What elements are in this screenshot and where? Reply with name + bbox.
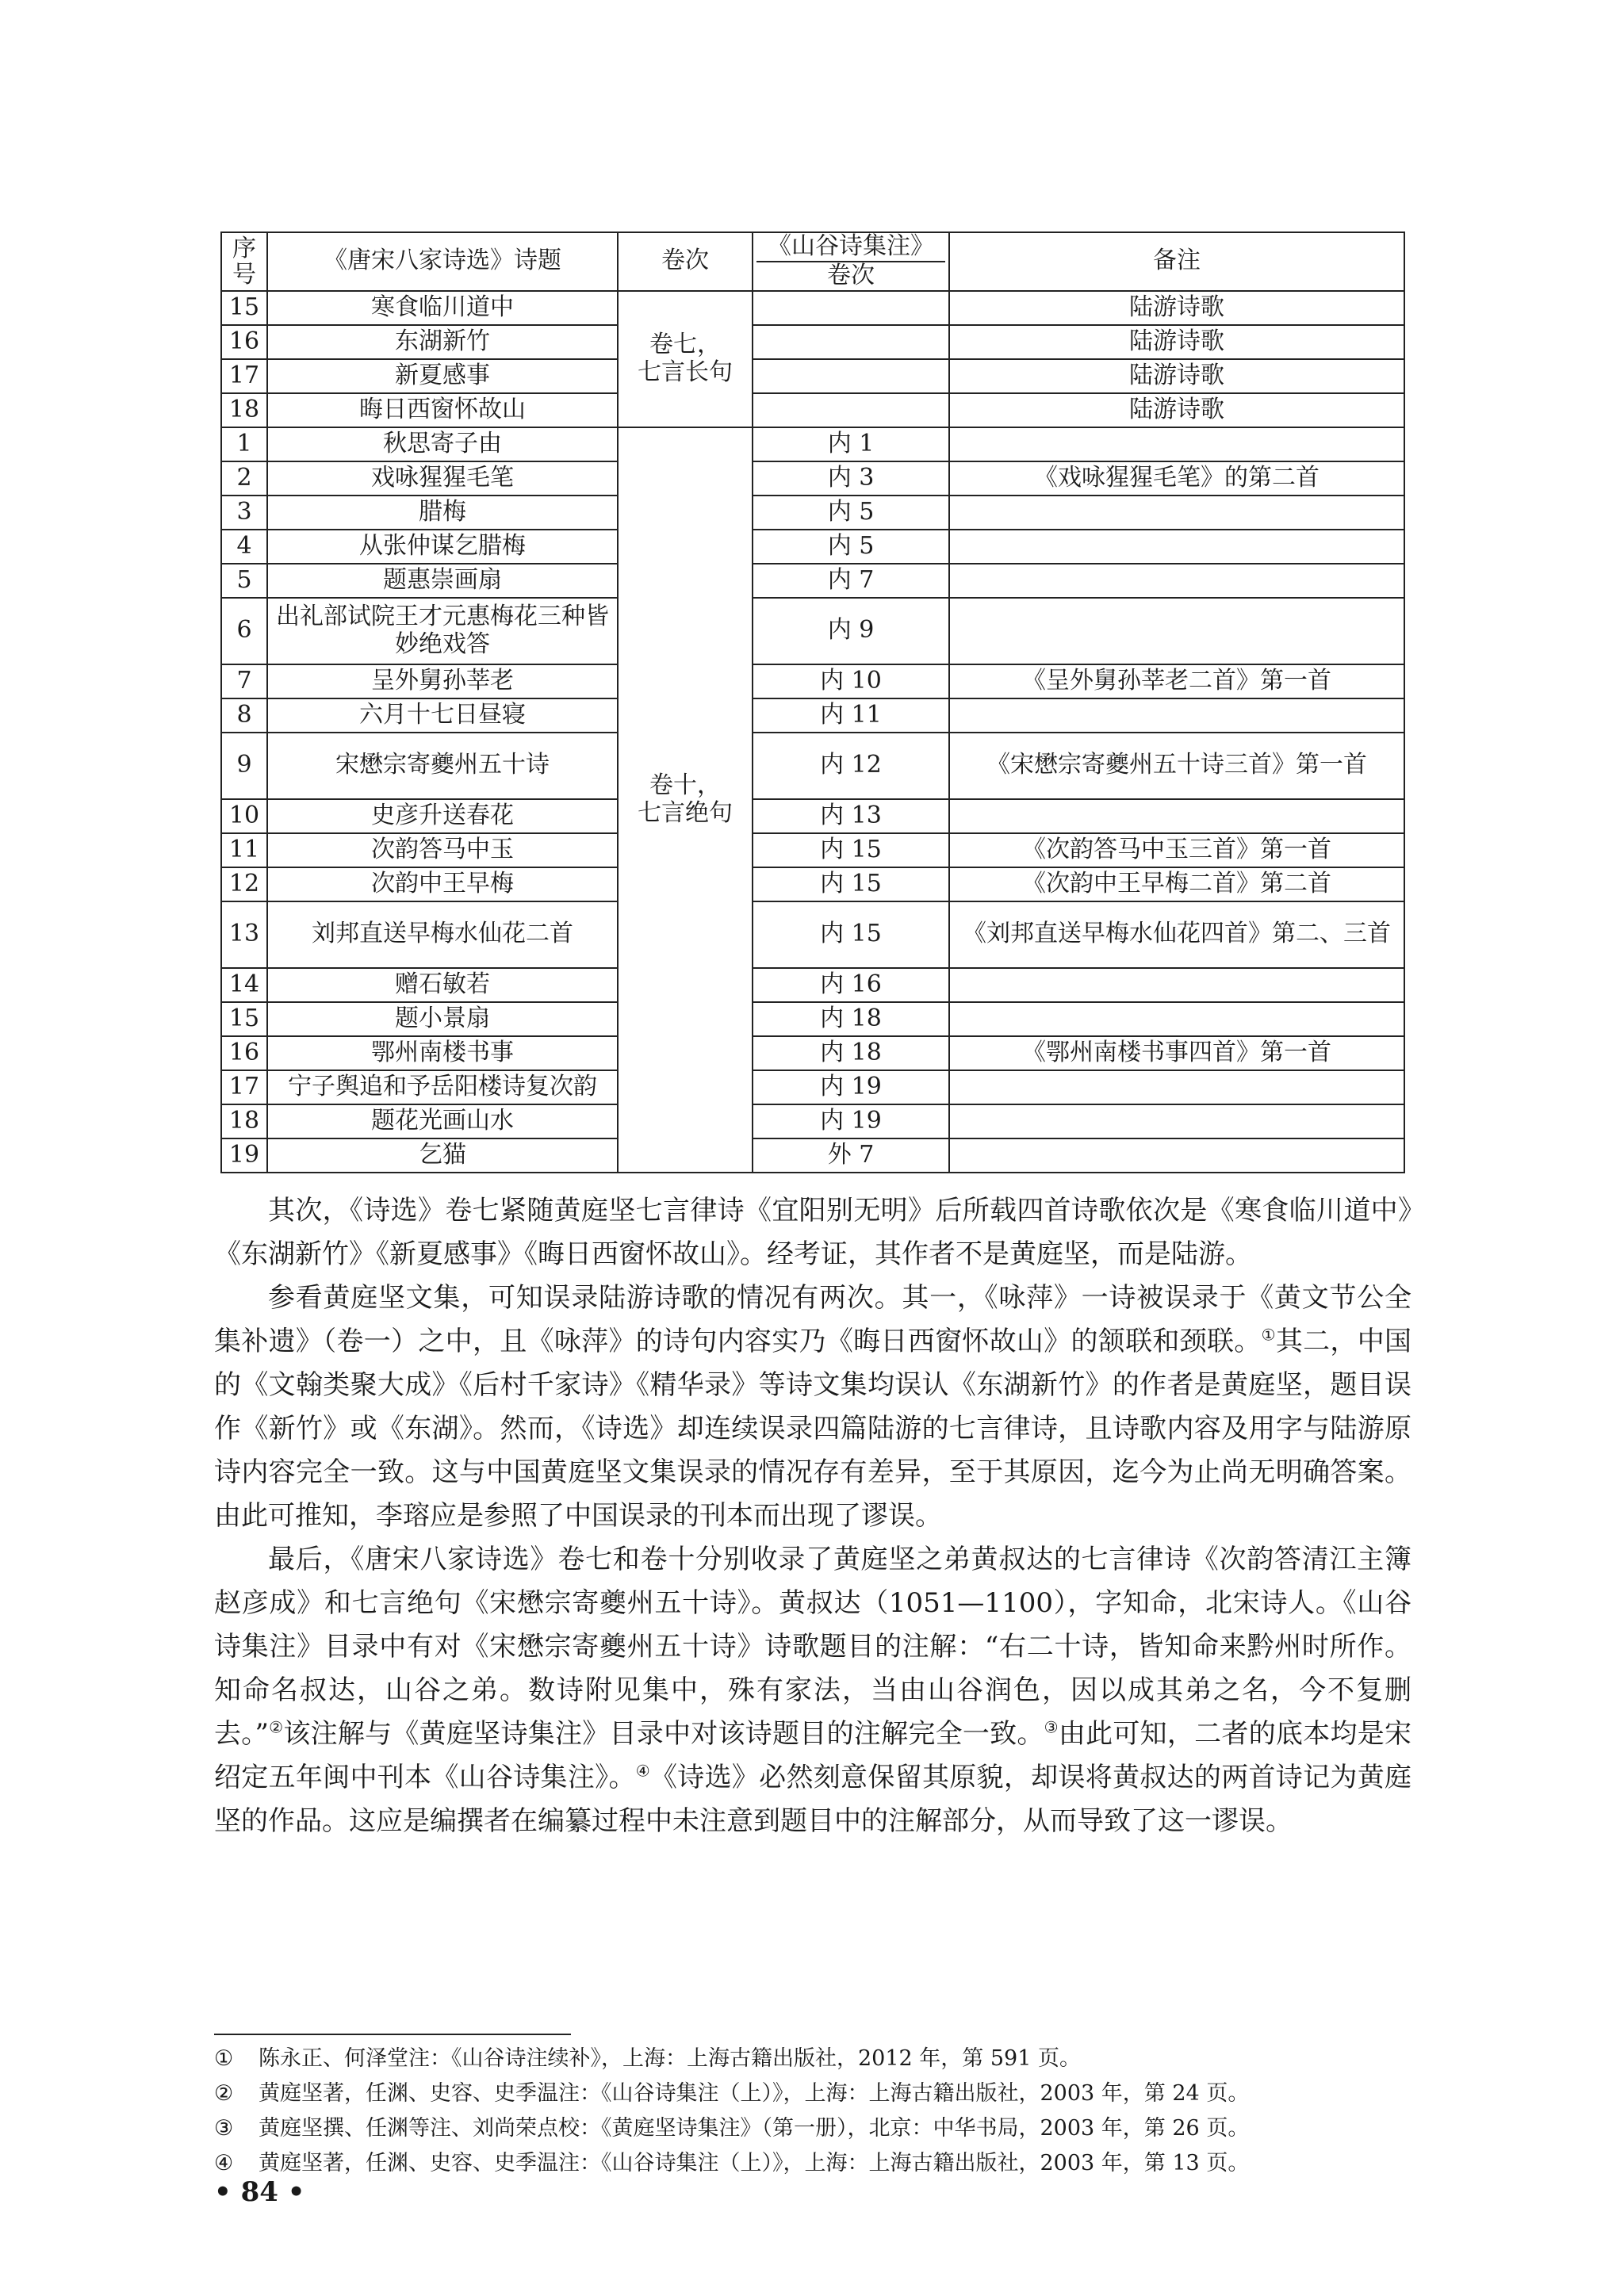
cell-shangu: 内 15 [753,867,949,901]
table-row: 18 晦日西窗怀故山 陆游诗歌 [221,393,1404,427]
paragraph-1: 其次，《诗选》卷七紧随黄庭坚七言律诗《宜阳别无明》后所载四首诗歌依次是《寒食临川… [214,1189,1411,1276]
cell-note: 陆游诗歌 [949,291,1404,325]
table-row: 8 六月十七日昼寝 内 11 [221,698,1404,733]
cell-title: 题小景扇 [267,1002,618,1036]
page-number: • 84 • [214,2176,304,2208]
footnote-divider [214,2034,571,2035]
table-row: 13 刘邦直送早梅水仙花二首 内 15 《刘邦直送早梅水仙花四首》第二、三首 [221,901,1404,968]
cell-note [949,496,1404,530]
table-row: 5 题惠崇画扇 内 7 [221,564,1404,598]
cell-note: 陆游诗歌 [949,393,1404,427]
cell-number: 17 [221,1070,267,1104]
footnote-ref-1[interactable]: ① [1262,1326,1276,1345]
header-number: 序号 [221,232,267,291]
cell-note [949,698,1404,733]
table-row: 6 出礼部试院王才元惠梅花三种皆妙绝戏答 内 9 [221,598,1404,664]
cell-number: 17 [221,359,267,393]
cell-title: 宁子舆追和予岳阳楼诗复次韵 [267,1070,618,1104]
cell-note [949,530,1404,564]
footnotes: ① 陈永正、何泽堂注：《山谷诗注续补》，上海：上海古籍出版社，2012 年，第 … [214,2042,1419,2181]
cell-number: 6 [221,598,267,664]
cell-shangu: 内 7 [753,564,949,598]
cell-shangu: 内 12 [753,733,949,799]
header-shangu-sub: 卷次 [827,262,875,289]
paragraph-2-part-a: 参看黄庭坚文集，可知误录陆游诗歌的情况有两次。其一，《咏萍》一诗被误录于《黄文节… [214,1282,1411,1357]
cell-title: 从张仲谋乞腊梅 [267,530,618,564]
cell-shangu: 内 13 [753,799,949,833]
cell-note: 《鄂州南楼书事四首》第一首 [949,1036,1404,1070]
cell-number: 14 [221,968,267,1002]
volume-line1: 卷七， [649,331,721,358]
cell-shangu: 内 10 [753,664,949,698]
cell-number: 3 [221,496,267,530]
cell-title: 乞猫 [267,1138,618,1173]
cell-shangu: 内 15 [753,833,949,867]
cell-number: 8 [221,698,267,733]
cell-shangu: 内 19 [753,1104,949,1138]
table-row: 11 次韵答马中玉 内 15 《次韵答马中玉三首》第一首 [221,833,1404,867]
cell-shangu: 内 9 [753,598,949,664]
cell-title: 鄂州南楼书事 [267,1036,618,1070]
cell-shangu: 外 7 [753,1138,949,1173]
cell-shangu: 内 15 [753,901,949,968]
volume-line2: 七言长句 [638,358,733,386]
cell-note [949,564,1404,598]
footnote-text: 黄庭坚著，任渊、史容、史季温注：《山谷诗集注（上）》，上海：上海古籍出版社，20… [259,2146,1249,2181]
table-row: 1 秋思寄子由 卷十，七言绝句 内 1 [221,427,1404,461]
cell-number: 1 [221,427,267,461]
cell-number: 13 [221,901,267,968]
table-row: 15 题小景扇 内 18 [221,1002,1404,1036]
cell-title: 题惠崇画扇 [267,564,618,598]
cell-shangu: 内 18 [753,1002,949,1036]
cell-note: 陆游诗歌 [949,325,1404,359]
cell-number: 5 [221,564,267,598]
header-shangu-title: 《山谷诗集注》 [756,233,945,262]
footnote-item: ① 陈永正、何泽堂注：《山谷诗注续补》，上海：上海古籍出版社，2012 年，第 … [214,2042,1419,2076]
cell-shangu: 内 16 [753,968,949,1002]
cell-title: 次韵答马中玉 [267,833,618,867]
footnote-text: 陈永正、何泽堂注：《山谷诗注续补》，上海：上海古籍出版社，2012 年，第 59… [259,2042,1081,2076]
table-row: 15 寒食临川道中 卷七，七言长句 陆游诗歌 [221,291,1404,325]
cell-shangu: 内 1 [753,427,949,461]
cell-volume-group2: 卷十，七言绝句 [618,427,753,1173]
cell-title: 东湖新竹 [267,325,618,359]
cell-note [949,598,1404,664]
footnote-mark: ③ [214,2111,259,2146]
cell-title: 六月十七日昼寝 [267,698,618,733]
footnote-item: ② 黄庭坚著，任渊、史容、史季温注：《山谷诗集注（上）》，上海：上海古籍出版社，… [214,2076,1419,2111]
volume-line1: 卷十， [649,771,721,799]
cell-note: 陆游诗歌 [949,359,1404,393]
cell-note: 《呈外舅孙莘老二首》第一首 [949,664,1404,698]
footnote-ref-4[interactable]: ④ [636,1762,650,1781]
footnote-ref-2[interactable]: ② [269,1718,283,1737]
cell-note: 《次韵中王早梅二首》第二首 [949,867,1404,901]
cell-number: 15 [221,1002,267,1036]
cell-shangu [753,359,949,393]
cell-number: 15 [221,291,267,325]
cell-shangu: 内 19 [753,1070,949,1104]
cell-title: 赠石敏若 [267,968,618,1002]
table-row: 10 史彦升送春花 内 13 [221,799,1404,833]
table-row: 3 腊梅 内 5 [221,496,1404,530]
cell-shangu: 内 5 [753,530,949,564]
table-row: 14 赠石敏若 内 16 [221,968,1404,1002]
cell-title: 次韵中王早梅 [267,867,618,901]
cell-title: 腊梅 [267,496,618,530]
paragraph-3-part-b: 该注解与《黄庭坚诗集注》目录中对该诗题目的注解完全一致。 [283,1718,1044,1750]
table-row: 18 题花光画山水 内 19 [221,1104,1404,1138]
header-shangu-volume: 《山谷诗集注》 卷次 [753,232,949,291]
table-row: 16 鄂州南楼书事 内 18 《鄂州南楼书事四首》第一首 [221,1036,1404,1070]
cell-note [949,1070,1404,1104]
cell-number: 2 [221,461,267,496]
cell-title: 晦日西窗怀故山 [267,393,618,427]
cell-number: 19 [221,1138,267,1173]
table-row: 2 戏咏猩猩毛笔 内 3 《戏咏猩猩毛笔》的第二首 [221,461,1404,496]
header-poem-title: 《唐宋八家诗选》诗题 [267,232,618,291]
table-row: 7 呈外舅孙莘老 内 10 《呈外舅孙莘老二首》第一首 [221,664,1404,698]
cell-number: 18 [221,1104,267,1138]
cell-title: 新夏感事 [267,359,618,393]
cell-number: 16 [221,1036,267,1070]
cell-shangu [753,291,949,325]
table-row: 16 东湖新竹 陆游诗歌 [221,325,1404,359]
cell-shangu: 内 5 [753,496,949,530]
cell-note: 《戏咏猩猩毛笔》的第二首 [949,461,1404,496]
cell-note: 《刘邦直送早梅水仙花四首》第二、三首 [949,901,1404,968]
cell-title: 戏咏猩猩毛笔 [267,461,618,496]
cell-volume-group1: 卷七，七言长句 [618,291,753,427]
table-row: 9 宋懋宗寄夔州五十诗 内 12 《宋懋宗寄夔州五十诗三首》第一首 [221,733,1404,799]
cell-note: 《次韵答马中玉三首》第一首 [949,833,1404,867]
cell-shangu: 内 18 [753,1036,949,1070]
cell-number: 18 [221,393,267,427]
cell-title: 出礼部试院王才元惠梅花三种皆妙绝戏答 [267,598,618,664]
cell-note [949,799,1404,833]
cell-number: 4 [221,530,267,564]
table-header-row: 序号 《唐宋八家诗选》诗题 卷次 《山谷诗集注》 卷次 备注 [221,232,1404,291]
cell-shangu: 内 11 [753,698,949,733]
cell-note: 《宋懋宗寄夔州五十诗三首》第一首 [949,733,1404,799]
header-note: 备注 [949,232,1404,291]
footnote-text: 黄庭坚撰、任渊等注、刘尚荣点校：《黄庭坚诗集注》（第一册），北京：中华书局，20… [259,2111,1249,2146]
footnote-mark: ① [214,2042,259,2076]
header-volume: 卷次 [618,232,753,291]
cell-title: 题花光画山水 [267,1104,618,1138]
table-row: 17 宁子舆追和予岳阳楼诗复次韵 内 19 [221,1070,1404,1104]
footnote-item: ③ 黄庭坚撰、任渊等注、刘尚荣点校：《黄庭坚诗集注》（第一册），北京：中华书局，… [214,2111,1419,2146]
cell-number: 7 [221,664,267,698]
table-row: 17 新夏感事 陆游诗歌 [221,359,1404,393]
cell-shangu [753,393,949,427]
footnote-text: 黄庭坚著，任渊、史容、史季温注：《山谷诗集注（上）》，上海：上海古籍出版社，20… [259,2076,1249,2111]
footnote-ref-3[interactable]: ③ [1044,1718,1059,1737]
body-text: 其次，《诗选》卷七紧随黄庭坚七言律诗《宜阳别无明》后所载四首诗歌依次是《寒食临川… [214,1189,1411,1843]
cell-note [949,427,1404,461]
cell-title: 刘邦直送早梅水仙花二首 [267,901,618,968]
table-row: 4 从张仲谋乞腊梅 内 5 [221,530,1404,564]
paragraph-3: 最后，《唐宋八家诗选》卷七和卷十分别收录了黄庭坚之弟黄叔达的七言律诗《次韵答清江… [214,1538,1411,1843]
footnote-item: ④ 黄庭坚著，任渊、史容、史季温注：《山谷诗集注（上）》，上海：上海古籍出版社，… [214,2146,1419,2181]
cell-title: 秋思寄子由 [267,427,618,461]
cell-title: 呈外舅孙莘老 [267,664,618,698]
cell-shangu [753,325,949,359]
cell-title: 史彦升送春花 [267,799,618,833]
document-page: 序号 《唐宋八家诗选》诗题 卷次 《山谷诗集注》 卷次 备注 15 寒食临川道中… [0,0,1624,2296]
cell-note [949,1002,1404,1036]
cell-number: 12 [221,867,267,901]
cell-shangu: 内 3 [753,461,949,496]
cell-note [949,1138,1404,1173]
table-row: 12 次韵中王早梅 内 15 《次韵中王早梅二首》第二首 [221,867,1404,901]
cell-title: 寒食临川道中 [267,291,618,325]
volume-line2: 七言绝句 [638,799,733,827]
footnote-mark: ② [214,2076,259,2111]
cell-number: 10 [221,799,267,833]
poem-comparison-table: 序号 《唐宋八家诗选》诗题 卷次 《山谷诗集注》 卷次 备注 15 寒食临川道中… [220,232,1405,1173]
cell-title: 宋懋宗寄夔州五十诗 [267,733,618,799]
cell-note [949,1104,1404,1138]
cell-note [949,968,1404,1002]
cell-number: 9 [221,733,267,799]
cell-number: 16 [221,325,267,359]
paragraph-2: 参看黄庭坚文集，可知误录陆游诗歌的情况有两次。其一，《咏萍》一诗被误录于《黄文节… [214,1276,1411,1538]
table-row: 19 乞猫 外 7 [221,1138,1404,1173]
cell-number: 11 [221,833,267,867]
